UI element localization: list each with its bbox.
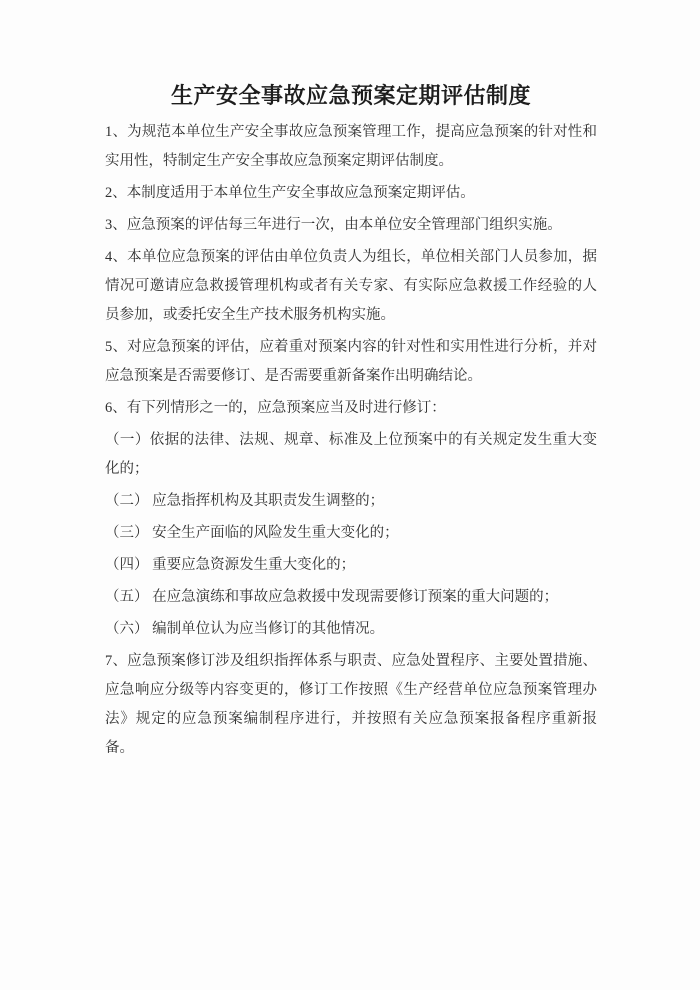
paragraph-3: 3、应急预案的评估每三年进行一次，由本单位安全管理部门组织实施。 [105,211,597,240]
list-item-6: （六） 编制单位认为应当修订的其他情况。 [105,615,597,644]
list-item-2: （二） 应急指挥机构及其职责发生调整的； [105,487,597,516]
paragraph-7: 7、应急预案修订涉及组织指挥体系与职责、应急处置程序、主要处置措施、应急响应分级… [105,647,597,763]
document-body: 1、为规范本单位生产安全事故应急预案管理工作，提高应急预案的针对性和实用性，特制… [105,118,597,763]
paragraph-5: 5、对应急预案的评估，应着重对预案内容的针对性和实用性进行分析，并对应急预案是否… [105,333,597,391]
document-title: 生产安全事故应急预案定期评估制度 [105,80,597,112]
paragraph-6: 6、有下列情形之一的，应急预案应当及时进行修订： [105,394,597,423]
document-page: 生产安全事故应急预案定期评估制度 1、为规范本单位生产安全事故应急预案管理工作，… [0,0,700,990]
paragraph-1: 1、为规范本单位生产安全事故应急预案管理工作，提高应急预案的针对性和实用性，特制… [105,118,597,176]
paragraph-2: 2、本制度适用于本单位生产安全事故应急预案定期评估。 [105,179,597,208]
list-item-3: （三） 安全生产面临的风险发生重大变化的； [105,519,597,548]
list-item-5: （五） 在应急演练和事故应急救援中发现需要修订预案的重大问题的； [105,583,597,612]
paragraph-4: 4、本单位应急预案的评估由单位负责人为组长，单位相关部门人员参加，据情况可邀请应… [105,243,597,330]
list-item-4: （四） 重要应急资源发生重大变化的； [105,551,597,580]
list-item-1: （一）依据的法律、法规、规章、标准及上位预案中的有关规定发生重大变化的； [105,426,597,484]
